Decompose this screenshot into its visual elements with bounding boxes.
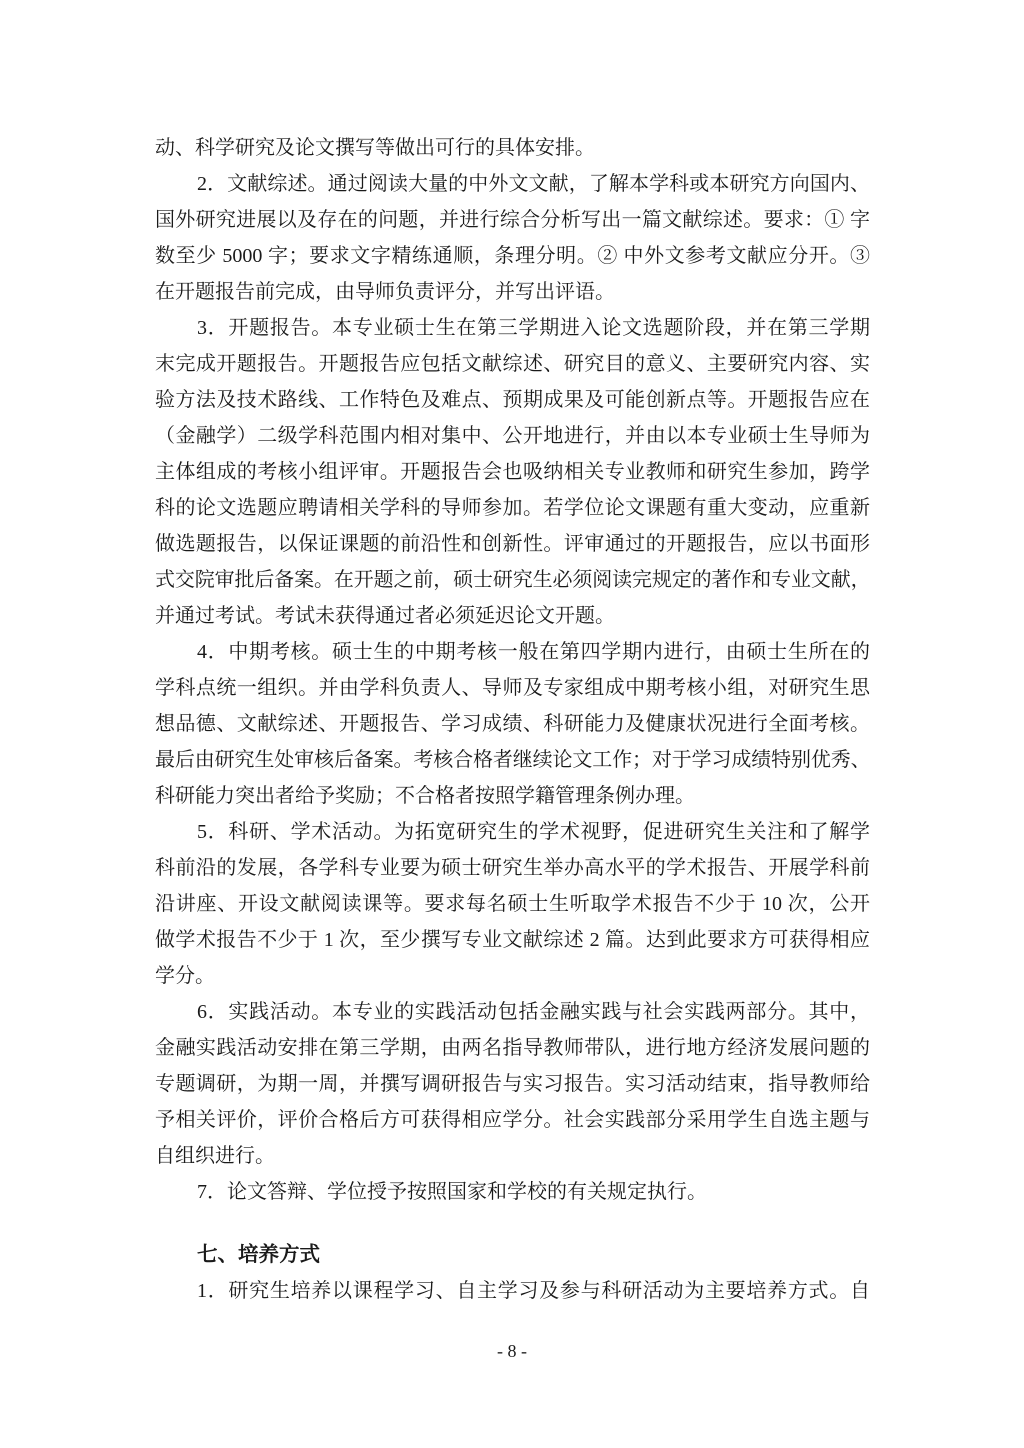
text-line: 科研能力突出者给予奖励；不合格者按照学籍管理条例办理。: [155, 778, 870, 814]
text-line: 4．中期考核。硕士生的中期考核一般在第四学期内进行，由硕士生所在的: [155, 634, 870, 670]
text-line: 1．研究生培养以课程学习、自主学习及参与科研活动为主要培养方式。自: [155, 1273, 870, 1309]
section-heading: 七、培养方式: [155, 1237, 870, 1273]
text-line: 想品德、文献综述、开题报告、学习成绩、科研能力及健康状况进行全面考核。: [155, 706, 870, 742]
text-line: 式交院审批后备案。在开题之前，硕士研究生必须阅读完规定的著作和专业文献，: [155, 562, 870, 598]
text-line: 国外研究进展以及存在的问题，并进行综合分析写出一篇文献综述。要求：① 字: [155, 202, 870, 238]
text-line: 予相关评价，评价合格后方可获得相应学分。社会实践部分采用学生自选主题与: [155, 1102, 870, 1138]
text-line: 学分。: [155, 958, 870, 994]
text-line: 并通过考试。考试未获得通过者必须延迟论文开题。: [155, 598, 870, 634]
text-line: 金融实践活动安排在第三学期，由两名指导教师带队，进行地方经济发展问题的: [155, 1030, 870, 1066]
text-line: 末完成开题报告。开题报告应包括文献综述、研究目的意义、主要研究内容、实: [155, 346, 870, 382]
text-line: 做学术报告不少于 1 次，至少撰写专业文献综述 2 篇。达到此要求方可获得相应: [155, 922, 870, 958]
text-line: 学科点统一组织。并由学科负责人、导师及专家组成中期考核小组，对研究生思: [155, 670, 870, 706]
text-line: 7．论文答辩、学位授予按照国家和学校的有关规定执行。: [155, 1174, 870, 1210]
text-line: 在开题报告前完成，由导师负责评分，并写出评语。: [155, 274, 870, 310]
text-line: 主体组成的考核小组评审。开题报告会也吸纳相关专业教师和研究生参加，跨学: [155, 454, 870, 490]
text-block: 动、科学研究及论文撰写等做出可行的具体安排。2．文献综述。通过阅读大量的中外文文…: [155, 130, 870, 1309]
text-line: 5．科研、学术活动。为拓宽研究生的学术视野，促进研究生关注和了解学: [155, 814, 870, 850]
text-line: 专题调研，为期一周，并撰写调研报告与实习报告。实习活动结束，指导教师给: [155, 1066, 870, 1102]
line-spacer: [155, 1210, 870, 1237]
text-line: 最后由研究生处审核后备案。考核合格者继续论文工作；对于学习成绩特别优秀、: [155, 742, 870, 778]
document-page: 动、科学研究及论文撰写等做出可行的具体安排。2．文献综述。通过阅读大量的中外文文…: [0, 0, 1024, 1448]
text-line: （金融学）二级学科范围内相对集中、公开地进行，并由以本专业硕士生导师为: [155, 418, 870, 454]
text-line: 做选题报告，以保证课题的前沿性和创新性。评审通过的开题报告，应以书面形: [155, 526, 870, 562]
text-line: 沿讲座、开设文献阅读课等。要求每名硕士生听取学术报告不少于 10 次，公开: [155, 886, 870, 922]
text-line: 3．开题报告。本专业硕士生在第三学期进入论文选题阶段，并在第三学期: [155, 310, 870, 346]
text-line: 6．实践活动。本专业的实践活动包括金融实践与社会实践两部分。其中，: [155, 994, 870, 1030]
text-line: 自组织进行。: [155, 1138, 870, 1174]
text-line: 科的论文选题应聘请相关学科的导师参加。若学位论文课题有重大变动，应重新: [155, 490, 870, 526]
text-line: 动、科学研究及论文撰写等做出可行的具体安排。: [155, 130, 870, 166]
page-number: - 8 -: [0, 1342, 1024, 1360]
text-line: 验方法及技术路线、工作特色及难点、预期成果及可能创新点等。开题报告应在: [155, 382, 870, 418]
text-line: 科前沿的发展，各学科专业要为硕士研究生举办高水平的学术报告、开展学科前: [155, 850, 870, 886]
text-line: 2．文献综述。通过阅读大量的中外文文献，了解本学科或本研究方向国内、: [155, 166, 870, 202]
text-line: 数至少 5000 字；要求文字精练通顺，条理分明。② 中外文参考文献应分开。③: [155, 238, 870, 274]
